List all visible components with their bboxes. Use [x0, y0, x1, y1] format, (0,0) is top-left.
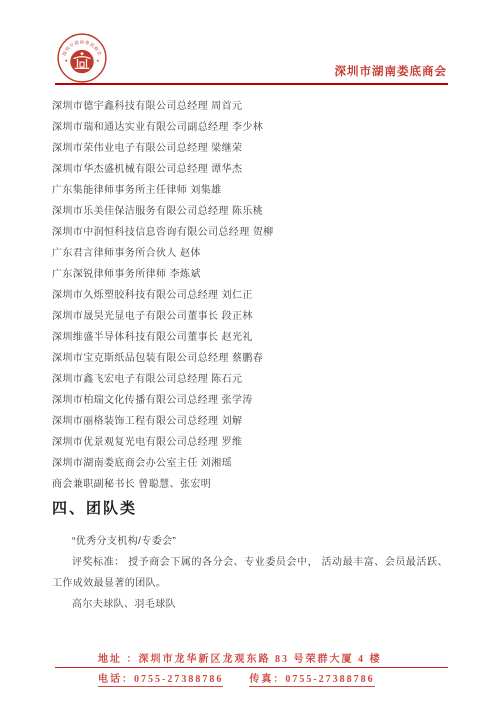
team-category-section: 四、团队类 “优秀分支机构/专委会” 评奖标准： 授予商会下属的各分会、专业委员… — [52, 497, 448, 615]
list-item: 深圳市柏瑞文化传播有限公司总经理 张学涛 — [52, 390, 464, 411]
page-footer: 地址 ：深圳市龙华新区龙观东路 83 号荣群大厦 4 楼 电话：0755-273… — [55, 650, 448, 685]
header-divider — [55, 83, 448, 85]
footer-contact-line: 电话：0755-27388786传真：0755-27388786 — [55, 670, 448, 685]
list-item: 深圳市中润恒科技信息咨询有限公司总经理 贺柳 — [52, 222, 464, 243]
list-item: 深圳市鑫飞宏电子有限公司总经理 陈石元 — [52, 369, 464, 390]
winners-text: 高尔夫球队、羽毛球队 — [52, 594, 448, 615]
list-item: 深圳市德宇鑫科技有限公司总经理 周首元 — [52, 96, 464, 117]
list-item: 深圳市久烁塑胶科技有限公司总经理 刘仁正 — [52, 285, 464, 306]
list-item: 深圳市瑞和通达实业有限公司副总经理 李少林 — [52, 117, 464, 138]
list-item: 深圳市优景观复光电有限公司总经理 罗维 — [52, 432, 464, 453]
list-item: 深圳市荣伟业电子有限公司总经理 梁继荣 — [52, 138, 464, 159]
award-name: “优秀分支机构/专委会” — [52, 531, 448, 552]
list-item: 广东深锐律师事务所律师 李炼斌 — [52, 264, 464, 285]
list-item: 深圳市湖南娄底商会办公室主任 刘湘瑶 — [52, 453, 464, 474]
footer-phone: 电话：0755-27388786 — [98, 674, 223, 687]
footer-fax: 传真：0755-27388786 — [249, 674, 374, 687]
list-item: 深圳市乐美佳保洁服务有限公司总经理 陈乐桃 — [52, 201, 464, 222]
list-item: 商会兼职副秘书长 曾聪慧、张宏明 — [52, 474, 464, 495]
footer-address: 地址 ：深圳市龙华新区龙观东路 83 号荣群大厦 4 楼 — [55, 650, 448, 668]
org-title: 深圳市湖南娄底商会 — [335, 63, 448, 79]
document-page: 深圳市湖南娄底商会 深圳市湖南娄底商会 深圳市德宇鑫科技有限公司总经理 周首元深… — [0, 0, 500, 706]
list-item: 深圳市宝克斯纸品包装有限公司总经理 蔡鹏春 — [52, 348, 464, 369]
list-item: 广东集能律师事务所主任律师 刘集雄 — [52, 180, 464, 201]
list-item: 深圳维盛半导体科技有限公司董事长 赵光礼 — [52, 327, 464, 348]
list-item: 深圳市丽格装饰工程有限公司总经理 刘解 — [52, 411, 464, 432]
section-heading: 四、团队类 — [52, 497, 448, 518]
awards-list: 深圳市德宇鑫科技有限公司总经理 周首元深圳市瑞和通达实业有限公司副总经理 李少林… — [52, 96, 464, 495]
chamber-seal-logo: 深圳市湖南娄底商会 — [55, 31, 109, 85]
list-item: 深圳市华杰盛机械有限公司总经理 谭华杰 — [52, 159, 464, 180]
list-item: 广东君言律师事务所合伙人 赵体 — [52, 243, 464, 264]
list-item: 深圳市晟昊光显电子有限公司董事长 段正林 — [52, 306, 464, 327]
criteria-text: 评奖标准： 授予商会下属的各分会、专业委员会中， 活动最丰富、会员最活跃、工作成… — [52, 552, 448, 594]
